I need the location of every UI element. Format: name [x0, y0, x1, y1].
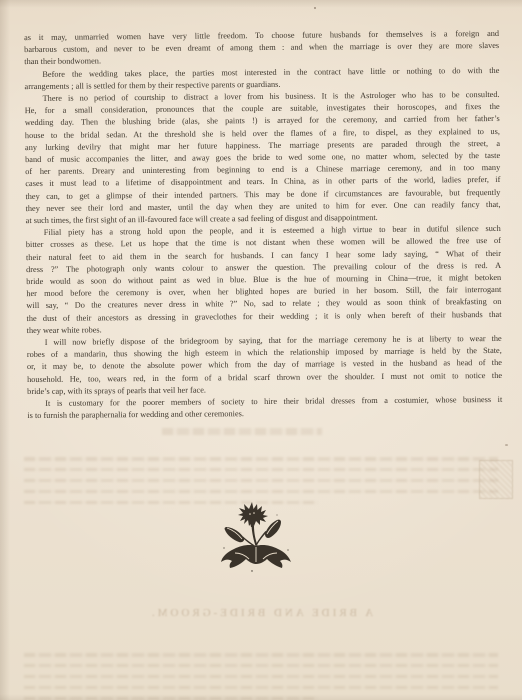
showthrough-line [24, 490, 498, 494]
flower-leaf [225, 527, 245, 542]
paragraph: It is customary for the poorer members o… [27, 394, 502, 423]
showthrough-line [24, 468, 498, 472]
showthrough-line [24, 479, 498, 483]
showthrough-line [24, 686, 498, 690]
showthrough-ornament-box [479, 460, 513, 499]
paper-speck [505, 444, 508, 446]
book-page: A BRIDE AND BRIDE-GROOM. as it may, unma… [0, 0, 522, 700]
showthrough-title: A BRIDE AND BRIDE-GROOM. [0, 607, 522, 619]
showthrough-line [24, 664, 498, 668]
page-text: as it may, unmarried women have very lit… [24, 28, 502, 423]
showthrough-paragraph-lower [24, 653, 498, 700]
page-edge-shadow-left [0, 0, 10, 700]
paragraph: Filial piety has a strong hold upon the … [26, 223, 502, 337]
showthrough-line [24, 457, 498, 461]
showthrough-line [24, 675, 498, 679]
paragraph: There is no period of courtship to distr… [25, 89, 501, 227]
showthrough-line [24, 653, 498, 657]
paragraph: as it may, unmarried women have very lit… [24, 28, 499, 69]
paper-speck [314, 7, 316, 9]
flower-vignette-icon [219, 501, 293, 575]
showthrough-line [24, 697, 318, 700]
page-edge-shadow-top [0, 0, 522, 8]
paragraph: I will now briefly dispose of the brideg… [27, 333, 503, 398]
flower-bud [265, 520, 281, 538]
showthrough-heading [162, 428, 322, 435]
